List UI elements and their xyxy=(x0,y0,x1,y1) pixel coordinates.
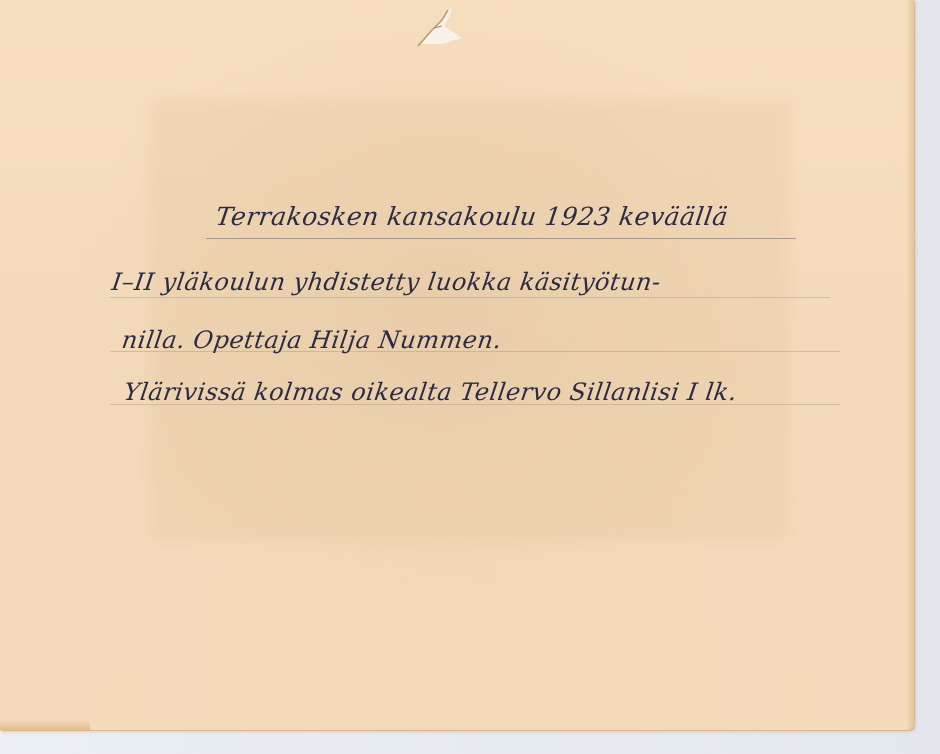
caption-line-4: Ylärivissä kolmas oikealta Tellervo Sill… xyxy=(122,378,739,406)
pencil-guide-line xyxy=(110,297,830,298)
caption-title-line: Terrakosken kansakoulu 1923 keväällä xyxy=(214,202,730,231)
caption-line-2: I–II yläkoulun yhdistetty luokka käsityö… xyxy=(110,268,663,296)
caption-line-3: nilla. Opettaja Hilja Nummen. xyxy=(120,326,504,354)
paper-card: Terrakosken kansakoulu 1923 keväällä I–I… xyxy=(0,0,914,730)
handwritten-caption: Terrakosken kansakoulu 1923 keväällä I–I… xyxy=(0,0,914,730)
title-underline xyxy=(206,238,796,239)
